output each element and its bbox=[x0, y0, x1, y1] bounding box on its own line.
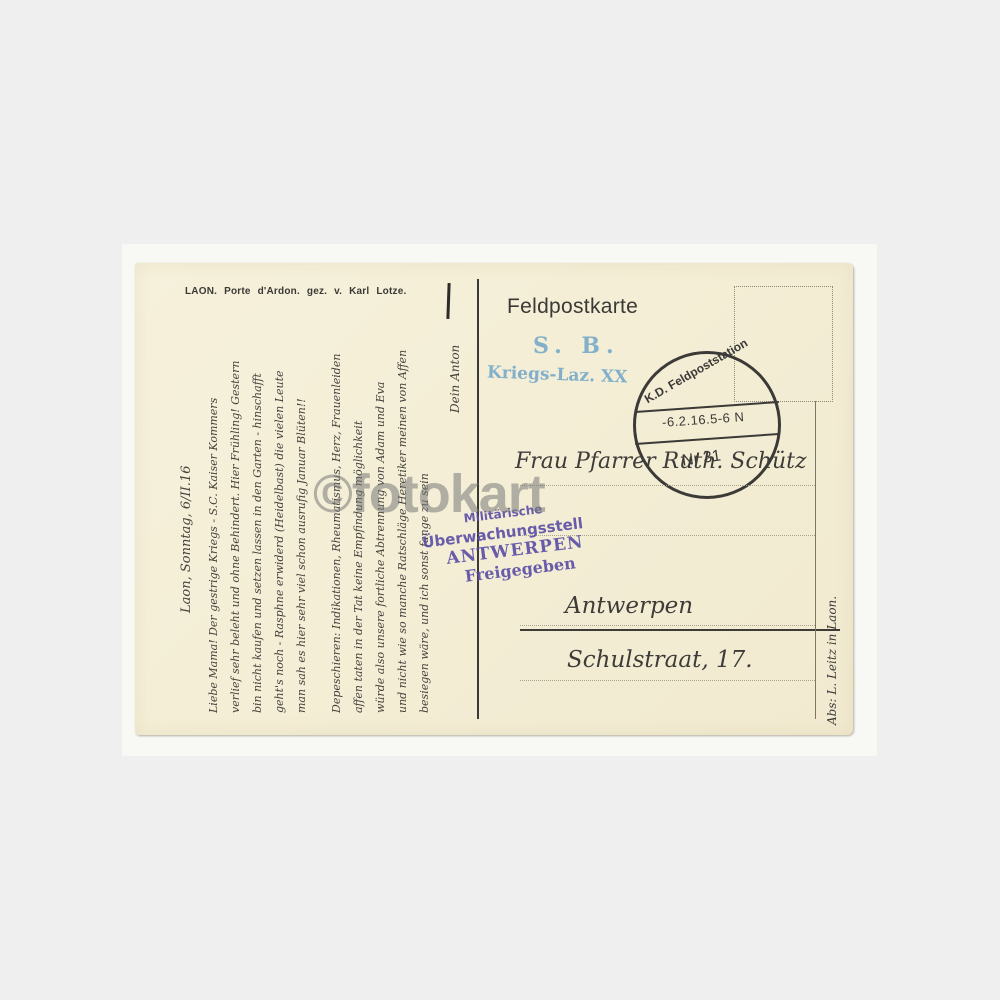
letter-line: man sah es hier sehr viel schon ausrufig… bbox=[295, 398, 308, 713]
address-dotted-line bbox=[520, 485, 815, 486]
card-type-title: Feldpostkarte bbox=[507, 295, 638, 319]
letter-line: würde also unsere fortliche Abtrennung v… bbox=[374, 382, 387, 713]
feldpost-postmark: K.D. Feldpoststation -6.2.16.5-6 N Nr 31 bbox=[633, 351, 781, 499]
sender-note: Abs: L. Leitz in Laon. bbox=[825, 596, 839, 725]
letter-line: verlief sehr beleht und ohne Behindert. … bbox=[229, 361, 242, 713]
letter-line: Depeschieren: Indikationen, Rheumatismus… bbox=[330, 354, 343, 713]
sender-column-rule bbox=[815, 401, 816, 719]
address-recipient: Frau Pfarrer Ruth. Schütz bbox=[515, 449, 807, 474]
address-dotted-line bbox=[520, 625, 815, 626]
letter-line: und nicht wie so manche Ratschläge Heret… bbox=[396, 350, 409, 713]
postmark-band bbox=[635, 433, 779, 445]
watermark: ©fotokart bbox=[313, 463, 545, 525]
letter-signature: Dein Anton bbox=[448, 345, 462, 413]
hospital-stamp-text: Kriegs-Laz. XX bbox=[487, 363, 628, 388]
postcard: LAON. Porte d'Ardon. gez. v. Karl Lotze.… bbox=[135, 263, 853, 735]
letter-line: Liebe Mama! Der gestrige Kriegs - S.C. K… bbox=[207, 398, 220, 713]
letter-heading: Laon, Sonntag, 6/II.16 bbox=[179, 466, 194, 613]
hospital-stamp-initials: S. B. bbox=[533, 333, 620, 359]
letter-line: bin nicht kaufen und setzen lassen in de… bbox=[251, 373, 264, 713]
address-city: Antwerpen bbox=[565, 593, 693, 619]
address-dotted-line bbox=[520, 680, 815, 681]
printed-caption: LAON. Porte d'Ardon. gez. v. Karl Lotze. bbox=[185, 286, 406, 297]
address-solid-line bbox=[520, 629, 840, 631]
postmark-date: -6.2.16.5-6 N bbox=[662, 409, 745, 430]
address-street: Schulstraat, 17. bbox=[567, 647, 753, 673]
letter-line: geht's noch - Rasphne erwiderd (Heidelba… bbox=[273, 370, 286, 713]
postmark-arc-text: K.D. Feldpoststation bbox=[642, 336, 750, 406]
